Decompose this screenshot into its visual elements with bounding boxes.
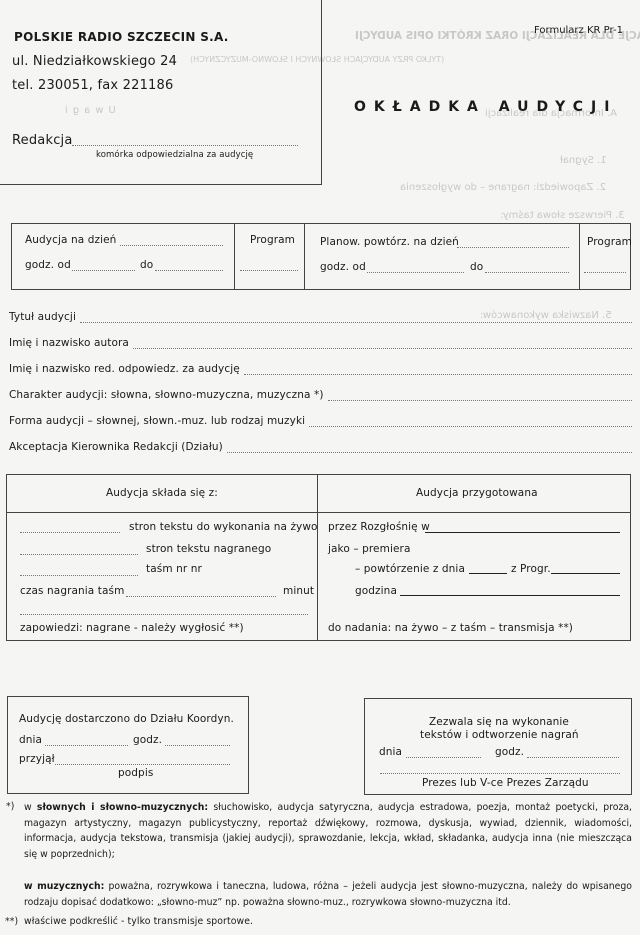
schedule-divider-1 bbox=[234, 223, 235, 290]
editorial-label: Redakcja bbox=[12, 133, 73, 148]
reverse-item1: 1. Sygnał bbox=[560, 155, 607, 166]
field-label: Imię i nazwisko autora bbox=[9, 337, 129, 349]
field-input-line[interactable] bbox=[244, 374, 632, 375]
schedule-divider-3 bbox=[579, 223, 580, 290]
footnote1-intro: w bbox=[24, 802, 32, 813]
delivery-time-label: godz. bbox=[133, 734, 162, 746]
field-label: Charakter audycji: słowna, słowno-muzycz… bbox=[9, 389, 324, 401]
form-code: Formularz KR Pr-1 bbox=[534, 25, 623, 36]
repeat-program-label: Program bbox=[587, 236, 632, 248]
tape-time-unit: minut bbox=[283, 585, 314, 597]
schedule-divider-2 bbox=[304, 223, 305, 290]
header-divider bbox=[321, 0, 322, 184]
footnote2-heading: w muzycznych: bbox=[24, 881, 104, 892]
field-label: Forma audycji – słownej, słown.-muz. lub… bbox=[9, 415, 305, 427]
reverse-item3: 3. Pierwsze słowa taśmy: bbox=[500, 210, 625, 221]
footnote2: w muzycznych: poważna, rozrywkowa i tane… bbox=[24, 879, 632, 910]
recorded-pages-label: stron tekstu nagranego bbox=[146, 543, 271, 555]
time-from-field[interactable] bbox=[72, 270, 135, 271]
approval-line1: Zezwala się na wykonanie bbox=[429, 716, 569, 728]
delivery-date-field[interactable] bbox=[45, 745, 128, 746]
field-input-line[interactable] bbox=[133, 348, 632, 349]
repeat-time-from-label: godz. od bbox=[320, 261, 366, 273]
header-bottom-rule bbox=[0, 184, 322, 185]
repeat-date-label: Planow. powtórz. na dzień bbox=[320, 236, 459, 248]
composition-box bbox=[6, 474, 631, 641]
composition-extra-field[interactable] bbox=[20, 614, 308, 615]
repeat-time-from-field[interactable] bbox=[367, 272, 464, 273]
field-input-line[interactable] bbox=[328, 400, 632, 401]
field-label: Akceptacja Kierownika Redakcji (Działu) bbox=[9, 441, 223, 453]
time-to-field[interactable] bbox=[155, 270, 223, 271]
footnote1: w słownych i słowno-muzycznych: słuchowi… bbox=[24, 800, 632, 862]
repeat-time-to-field[interactable] bbox=[485, 272, 569, 273]
footnote1-mark: *) bbox=[6, 801, 14, 812]
reverse-item5: 5. Nazwiska wykonawców: bbox=[480, 310, 612, 321]
from-program-label: z Progr. bbox=[511, 563, 551, 575]
field-label: Imię i nazwisko red. odpowiedz. za audyc… bbox=[9, 363, 240, 375]
composition-divider bbox=[317, 474, 318, 641]
repeat-label: – powtórzenie z dnia bbox=[355, 563, 465, 575]
program-field[interactable] bbox=[240, 270, 298, 271]
from-program-field[interactable] bbox=[551, 573, 620, 574]
prepared-header: Audycja przygotowana bbox=[416, 487, 538, 499]
by-station-label: przez Rozgłośnię w bbox=[328, 521, 430, 533]
footnote3-mark: **) bbox=[5, 916, 18, 927]
live-pages-label: stron tekstu do wykonania na żywo bbox=[129, 521, 318, 533]
tapes-field[interactable] bbox=[20, 575, 138, 576]
approval-time-label: godz. bbox=[495, 746, 524, 758]
document-title: OKŁADKA AUDYCJI bbox=[354, 99, 617, 115]
field-label: Tytuł audycji bbox=[9, 311, 76, 323]
live-pages-field[interactable] bbox=[20, 532, 120, 533]
station-field[interactable] bbox=[425, 532, 620, 533]
organization-phone-fax: tel. 230051, fax 221186 bbox=[12, 78, 173, 93]
hour-label: godzina bbox=[355, 585, 397, 597]
repeat-time-to-label: do bbox=[470, 261, 483, 273]
tapes-label: taśm nr nr bbox=[146, 563, 202, 575]
reverse-col-remarks: Uwagi bbox=[60, 105, 116, 116]
reverse-item2: 2. Zapowiedzi: nagrane – do wygłoszenia bbox=[400, 182, 606, 193]
approval-signature-field[interactable] bbox=[380, 773, 620, 774]
field-input-line[interactable] bbox=[80, 322, 632, 323]
delivery-signature-caption: podpis bbox=[118, 767, 153, 779]
footnote1-heading: słownych i słowno-muzycznych: bbox=[37, 802, 208, 813]
repeat-program-field[interactable] bbox=[584, 272, 626, 273]
field-input-line[interactable] bbox=[309, 426, 632, 427]
approval-date-field[interactable] bbox=[406, 757, 481, 758]
time-to-label: do bbox=[140, 259, 153, 271]
announcements-label: zapowiedzi: nagrane - należy wygłosić **… bbox=[20, 622, 244, 634]
composition-header-rule bbox=[6, 512, 631, 513]
editorial-caption: komórka odpowiedzialna za audycję bbox=[96, 150, 253, 160]
organization-name: POLSKIE RADIO SZCZECIN S.A. bbox=[14, 30, 229, 44]
footnote2-text: poważna, rozrywkowa i taneczna, ludowa, … bbox=[24, 881, 632, 908]
tape-time-label: czas nagrania taśm bbox=[20, 585, 124, 597]
broadcast-date-field[interactable] bbox=[120, 245, 223, 246]
reverse-subheading: (TYLKO PRZY AUDYCJACH SŁOWNYCH I SŁOWNO-… bbox=[190, 55, 444, 64]
delivery-title: Audycję dostarczono do Działu Koordyn. bbox=[19, 713, 234, 725]
program-label: Program bbox=[250, 234, 295, 246]
for-broadcast-label: do nadania: na żywo – z taśm – transmisj… bbox=[328, 622, 573, 634]
composition-header: Audycja składa się z: bbox=[106, 487, 218, 499]
organization-address: ul. Niedziałkowskiego 24 bbox=[12, 54, 177, 69]
hour-field[interactable] bbox=[400, 595, 620, 596]
editorial-field[interactable] bbox=[72, 145, 298, 146]
approval-date-label: dnia bbox=[379, 746, 402, 758]
broadcast-date-label: Audycja na dzień bbox=[25, 234, 116, 246]
footnote3-text: właściwe podkreślić - tylko transmisje s… bbox=[24, 916, 253, 927]
tape-time-field[interactable] bbox=[126, 596, 276, 597]
repeat-from-date-field[interactable] bbox=[469, 573, 507, 574]
approval-line2: tekstów i odtworzenie nagrań bbox=[420, 729, 579, 741]
time-from-label: godz. od bbox=[25, 259, 71, 271]
approval-time-field[interactable] bbox=[527, 757, 619, 758]
delivery-date-label: dnia bbox=[19, 734, 42, 746]
approval-signature-caption: Prezes lub V-ce Prezes Zarządu bbox=[422, 777, 589, 789]
premiere-label: jako – premiera bbox=[328, 543, 410, 555]
repeat-date-field[interactable] bbox=[457, 247, 569, 248]
recorded-pages-field[interactable] bbox=[20, 554, 138, 555]
delivery-time-field[interactable] bbox=[165, 745, 230, 746]
received-by-label: przyjął bbox=[19, 753, 55, 765]
received-by-field[interactable] bbox=[55, 764, 230, 765]
field-input-line[interactable] bbox=[227, 452, 632, 453]
